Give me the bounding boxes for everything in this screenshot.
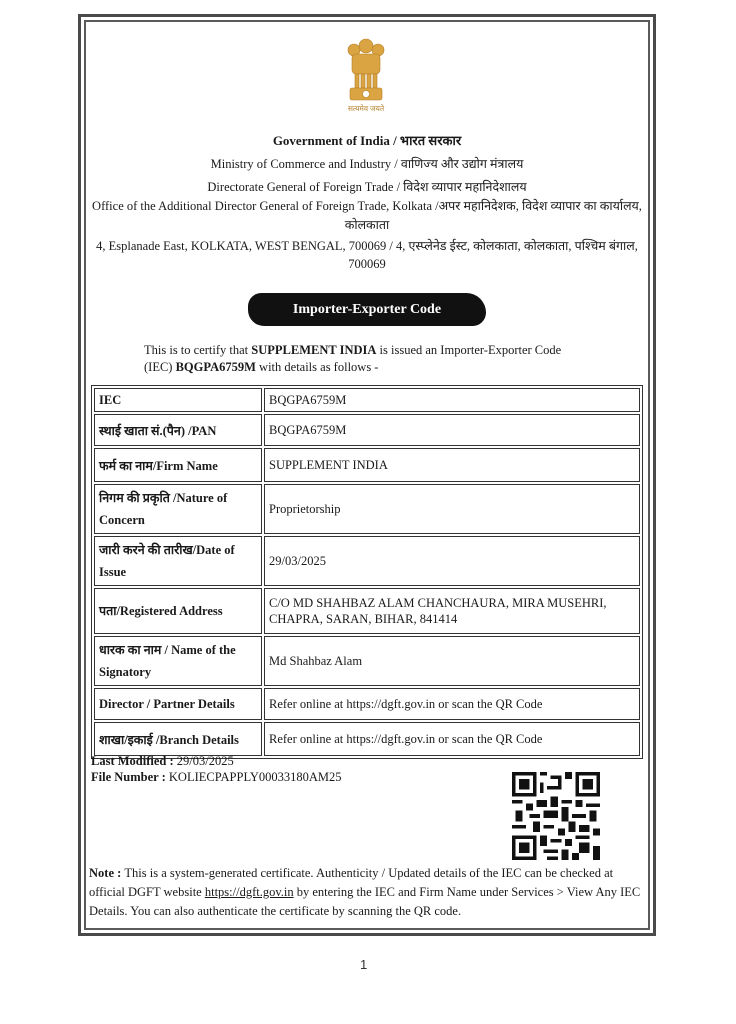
file-number: File Number : KOLIECPAPPLY00033180AM25 bbox=[91, 770, 342, 785]
table-row: स्थाई खाता सं.(पैन) /PANBQGPA6759M bbox=[94, 414, 640, 446]
svg-text:सत्यमेव जयते: सत्यमेव जयते bbox=[348, 104, 385, 113]
office-name: Office of the Additional Director Genera… bbox=[86, 197, 648, 214]
row-value: C/O MD SHAHBAZ ALAM CHANCHAURA, MIRA MUS… bbox=[264, 588, 640, 634]
row-value: SUPPLEMENT INDIA bbox=[264, 448, 640, 482]
table-row: पता/Registered AddressC/O MD SHAHBAZ ALA… bbox=[94, 588, 640, 634]
row-label: फर्म का नाम/Firm Name bbox=[94, 448, 262, 482]
table-row: Director / Partner DetailsRefer online a… bbox=[94, 688, 640, 720]
table-row: जारी करने की तारीख/Date of Issue29/03/20… bbox=[94, 536, 640, 586]
row-label: निगम की प्रकृति /Nature of Concern bbox=[94, 484, 262, 534]
row-value: BQGPA6759M bbox=[264, 388, 640, 412]
certificate-title-badge: Importer-Exporter Code bbox=[248, 293, 486, 326]
row-value: Refer online at https://dgft.gov.in or s… bbox=[264, 722, 640, 756]
row-label: शाखा/इकाई /Branch Details bbox=[94, 722, 262, 756]
row-label: धारक का नाम / Name of the Signatory bbox=[94, 636, 262, 686]
row-value: Proprietorship bbox=[264, 484, 640, 534]
row-label: पता/Registered Address bbox=[94, 588, 262, 634]
ministry-name: Ministry of Commerce and Industry / वाणि… bbox=[86, 155, 648, 172]
row-label: IEC bbox=[94, 388, 262, 412]
office-pincode: 700069 bbox=[86, 257, 648, 272]
certificate-page: सत्यमेव जयते Government of India / भारत … bbox=[86, 22, 648, 928]
iec-details-table: IECBQGPA6759M स्थाई खाता सं.(पैन) /PANBQ… bbox=[91, 385, 643, 759]
certificate-note: Note : This is a system-generated certif… bbox=[89, 864, 645, 921]
table-row: निगम की प्रकृति /Nature of ConcernPropri… bbox=[94, 484, 640, 534]
government-title: Government of India / भारत सरकार bbox=[86, 131, 648, 149]
row-label: Director / Partner Details bbox=[94, 688, 262, 720]
national-emblem-icon: सत्यमेव जयते bbox=[340, 36, 392, 114]
row-value: Md Shahbaz Alam bbox=[264, 636, 640, 686]
table-row: शाखा/इकाई /Branch DetailsRefer online at… bbox=[94, 722, 640, 756]
office-city: कोलकाता bbox=[86, 216, 648, 233]
row-label: स्थाई खाता सं.(पैन) /PAN bbox=[94, 414, 262, 446]
certification-statement: This is to certify that SUPPLEMENT INDIA… bbox=[144, 342, 584, 376]
firm-name: SUPPLEMENT INDIA bbox=[251, 343, 376, 357]
dgft-website-link[interactable]: https://dgft.gov.in bbox=[205, 885, 294, 899]
office-address: 4, Esplanade East, KOLKATA, WEST BENGAL,… bbox=[86, 237, 648, 254]
table-row: फर्म का नाम/Firm NameSUPPLEMENT INDIA bbox=[94, 448, 640, 482]
row-value: BQGPA6759M bbox=[264, 414, 640, 446]
row-value: Refer online at https://dgft.gov.in or s… bbox=[264, 688, 640, 720]
page-number: 1 bbox=[360, 957, 367, 972]
last-modified: Last Modified : 29/03/2025 bbox=[91, 754, 234, 769]
row-value: 29/03/2025 bbox=[264, 536, 640, 586]
table-row: IECBQGPA6759M bbox=[94, 388, 640, 412]
row-label: जारी करने की तारीख/Date of Issue bbox=[94, 536, 262, 586]
directorate-name: Directorate General of Foreign Trade / व… bbox=[86, 178, 648, 195]
qr-code-icon[interactable] bbox=[512, 772, 600, 860]
table-row: धारक का नाम / Name of the SignatoryMd Sh… bbox=[94, 636, 640, 686]
iec-code: BQGPA6759M bbox=[176, 360, 256, 374]
